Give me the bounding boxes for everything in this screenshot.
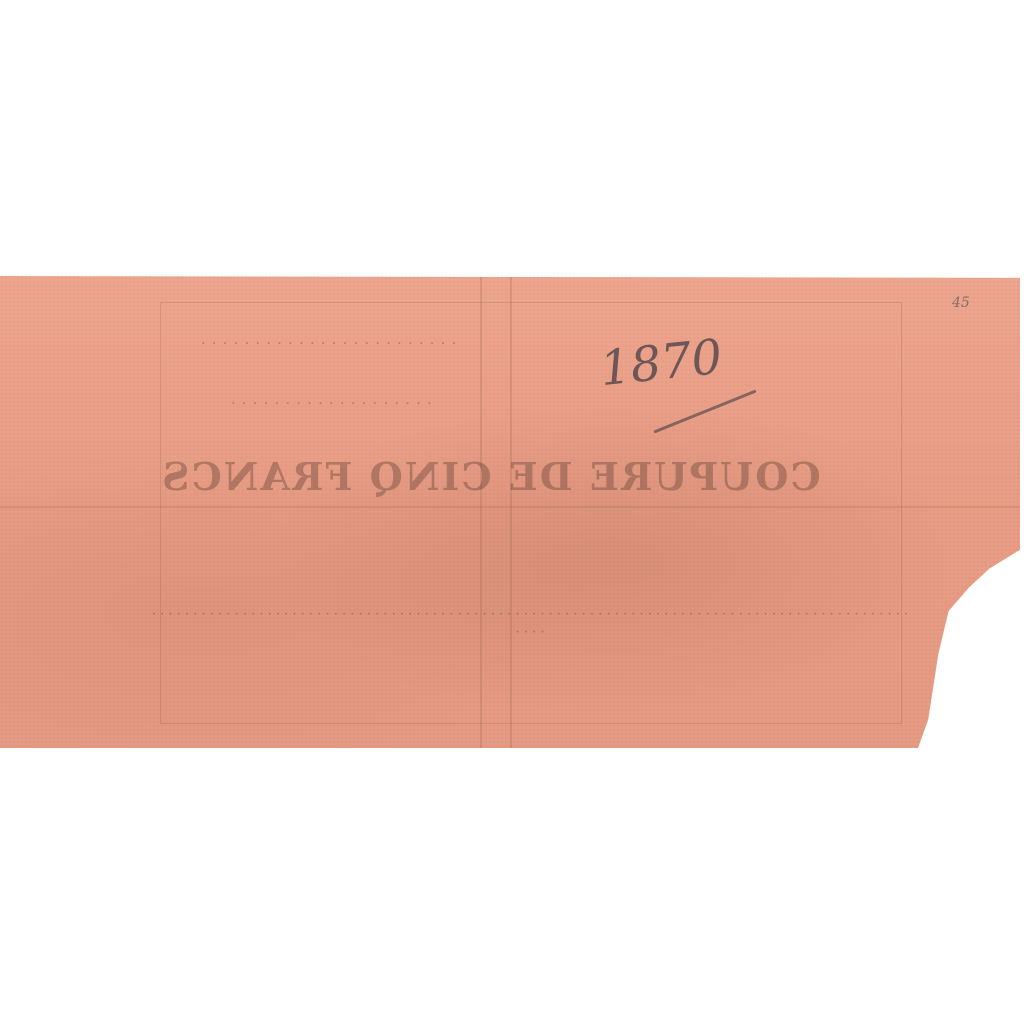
- show-through-title: COUPURE DE CINQ FRANCS: [160, 454, 821, 499]
- show-through-subtitle: · · · · · · · · · · · · · · · · · · ·: [230, 396, 432, 412]
- show-through-body: · · · · · · · · · · · · · · · · · · · · …: [150, 606, 910, 642]
- show-through-border: [160, 302, 902, 724]
- banknote-paper: · · · · · · · · · · · · · · · · · · · · …: [0, 276, 1020, 748]
- show-through-header: · · · · · · · · · · · · · · · · · · · · …: [200, 336, 456, 352]
- corner-pencil-mark: 45: [952, 295, 970, 311]
